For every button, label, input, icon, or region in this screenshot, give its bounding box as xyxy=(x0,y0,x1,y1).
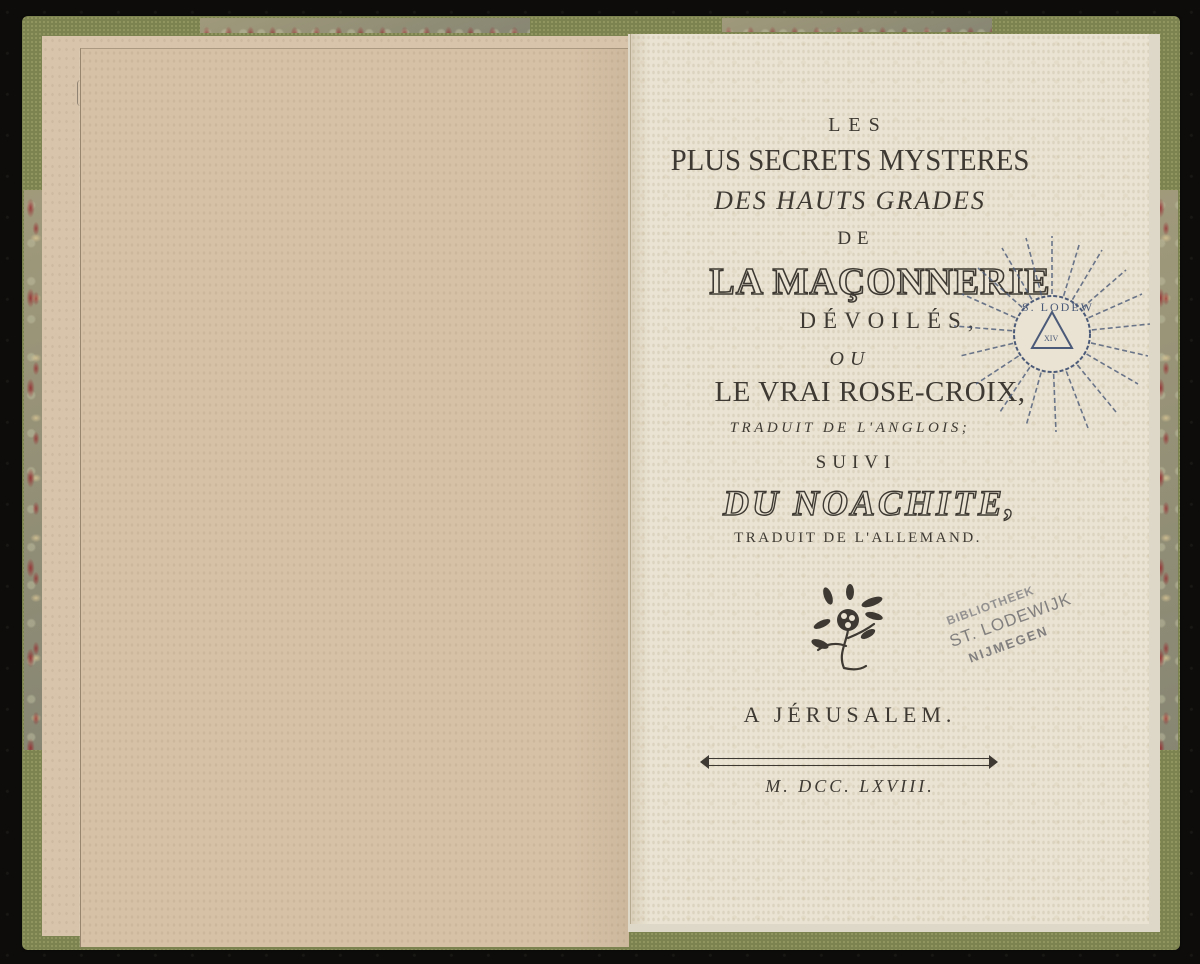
sunburst-stamp-text: S. LODEW xyxy=(1022,300,1094,315)
title-line-les: LES xyxy=(630,114,1078,137)
title-line-hauts-grades: DES HAUTS GRADES xyxy=(630,186,1070,216)
marbled-paper-top-right xyxy=(722,18,992,32)
title-line-noachite: DU NOACHITE, xyxy=(630,482,1090,524)
flower-ornament-icon xyxy=(808,584,888,674)
pencil-mark xyxy=(77,80,84,106)
sunburst-stamp-inner: XIV xyxy=(1044,334,1058,343)
blank-left-page xyxy=(80,48,629,947)
book-photo: LES PLUS SECRETS MYSTERES DES HAUTS GRAD… xyxy=(0,0,1200,964)
decorative-rule xyxy=(708,758,990,766)
imprint-year: M. DCC. LXVIII. xyxy=(630,776,1070,797)
marbled-paper-top-left xyxy=(200,18,530,33)
imprint-place: A JÉRUSALEM. xyxy=(630,702,1070,728)
title-line-traduit-allemand: TRADUIT DE L'ALLEMAND. xyxy=(630,530,1078,547)
title-line-suivi: SUIVI xyxy=(630,452,1076,474)
title-line-plus-secrets: PLUS SECRETS MYSTERES xyxy=(645,142,1054,178)
